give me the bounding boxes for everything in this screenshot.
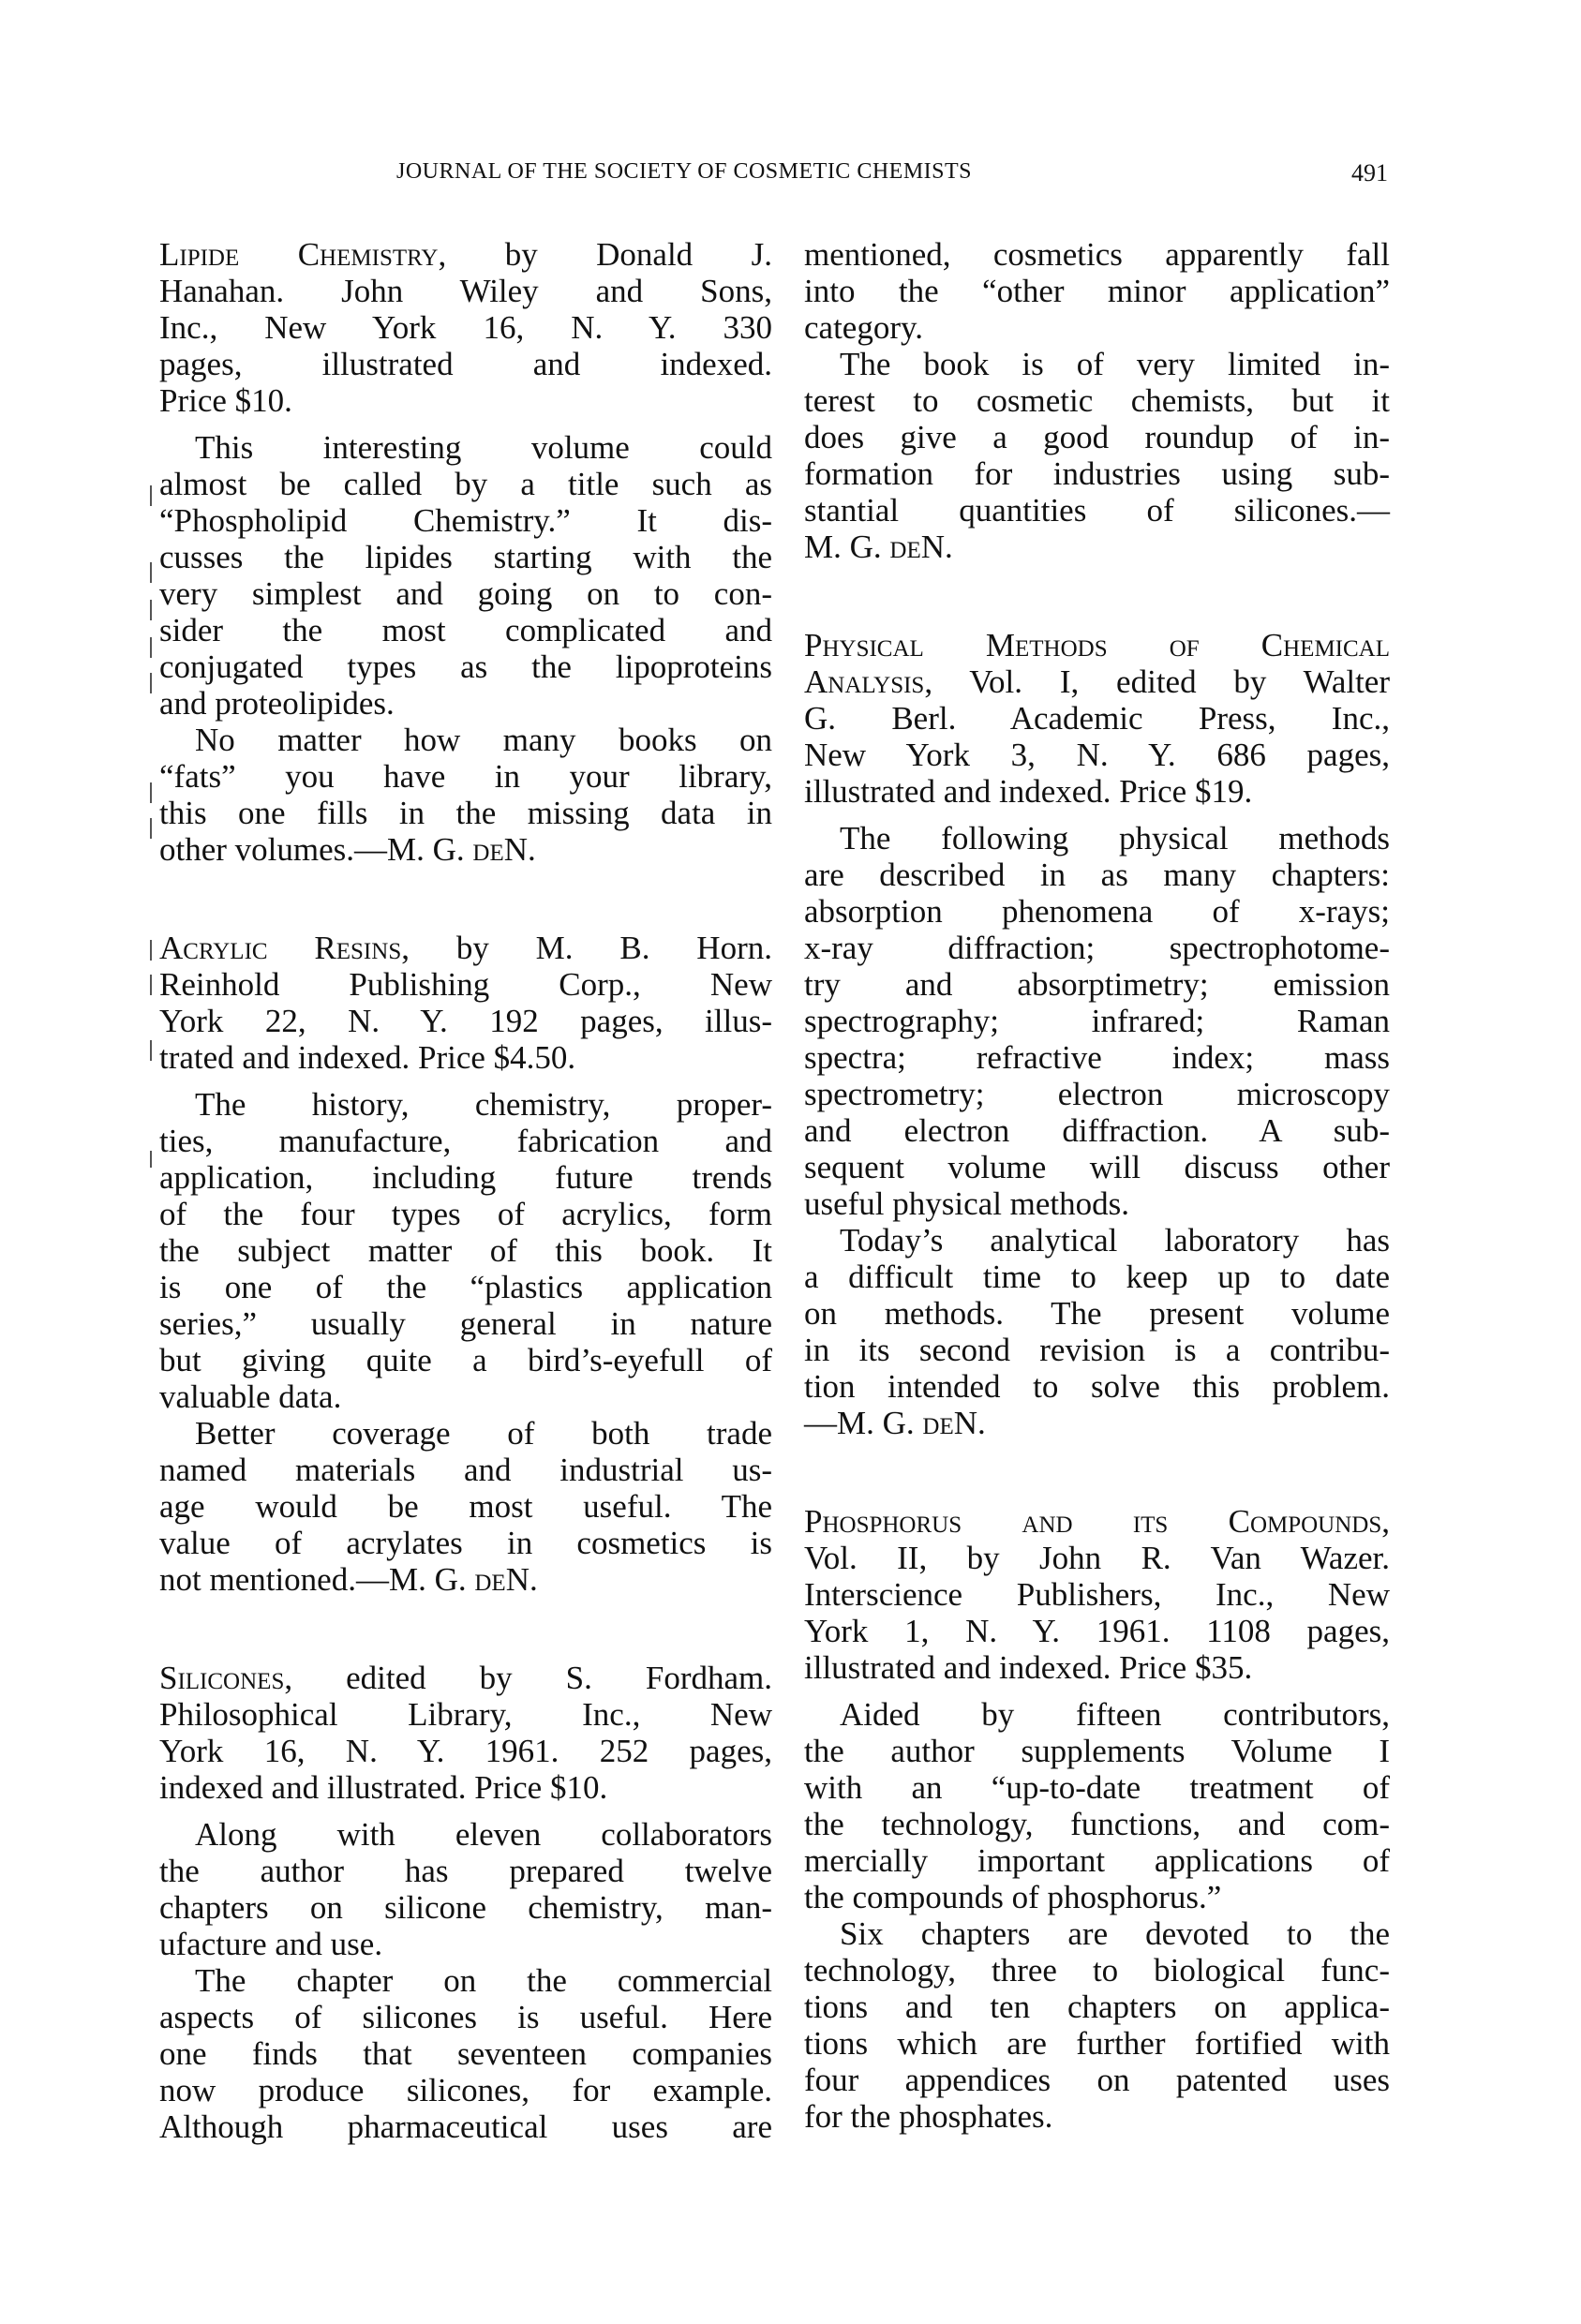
citation-line: Analysis, Vol. I, edited by Walter — [804, 663, 1390, 700]
book-title: Phosphorus and its Compounds, — [804, 1503, 1390, 1540]
reviewer-signature: other volumes.—M. G. deN. — [159, 831, 772, 868]
body-line: a difficult time to keep up to date — [804, 1259, 1390, 1295]
body-line: The history, chemistry, proper- — [159, 1086, 772, 1123]
body-line: but giving quite a bird’s-eyefull of — [159, 1342, 772, 1378]
body-line: Today’s analytical laboratory has — [804, 1222, 1390, 1259]
citation-line: New York 3, N. Y. 686 pages, — [804, 737, 1390, 773]
citation-line: York 16, N. Y. 1961. 252 pages, — [159, 1733, 772, 1769]
body-line: application, including future trends — [159, 1159, 772, 1196]
citation-line: indexed and illustrated. Price $10. — [159, 1769, 772, 1806]
body-line: very simplest and going on to con- — [159, 575, 772, 612]
body-line: does give a good roundup of in- — [804, 419, 1390, 455]
margin-mark — [150, 673, 152, 693]
body-line: the technology, functions, and com- — [804, 1806, 1390, 1842]
body-line: the author has prepared twelve — [159, 1853, 772, 1889]
citation-line: Inc., New York 16, N. Y. 330 — [159, 309, 772, 346]
body-line: and electron diffraction. A sub- — [804, 1112, 1390, 1149]
body-line: spectrography; infrared; Raman — [804, 1003, 1390, 1039]
running-header: JOURNAL OF THE SOCIETY OF COSMETIC CHEMI… — [0, 159, 1581, 197]
body-line: named materials and industrial us- — [159, 1452, 772, 1488]
body-line: tions which are further fortified with — [804, 2025, 1390, 2062]
book-title: Silicones, — [159, 1660, 292, 1696]
body-line: The following physical methods — [804, 820, 1390, 857]
margin-mark — [150, 782, 152, 803]
right-column: mentioned, cosmetics apparently fall int… — [804, 236, 1390, 2135]
review-lipide-chemistry: Lipide Chemistry, by Donald J. Hanahan. … — [159, 236, 772, 868]
margin-mark — [150, 1040, 152, 1061]
body-line: in its second revision is a contribu- — [804, 1332, 1390, 1368]
body-line: try and absorptimetry; emission — [804, 966, 1390, 1003]
body-line: is one of the “plastics application — [159, 1269, 772, 1305]
body-line: tions and ten chapters on applica- — [804, 1989, 1390, 2025]
margin-mark — [150, 975, 152, 995]
body-line: almost be called by a title such as — [159, 466, 772, 502]
citation-line: illustrated and indexed. Price $19. — [804, 773, 1390, 810]
body-line: This interesting volume could — [159, 429, 772, 466]
citation-line: Interscience Publishers, Inc., New — [804, 1576, 1390, 1613]
body-line: “fats” you have in your library, — [159, 758, 772, 795]
body-line: with an “up-to-date treatment of — [804, 1769, 1390, 1806]
citation-line: York 1, N. Y. 1961. 1108 pages, — [804, 1613, 1390, 1649]
citation-line: pages, illustrated and indexed. — [159, 346, 772, 382]
body-line: the author supplements Volume I — [804, 1733, 1390, 1769]
body-line: category. — [804, 309, 1390, 346]
review-physical-methods: Physical Methods of Chemical Analysis, V… — [804, 627, 1390, 1441]
body-line: spectra; refractive index; mass — [804, 1039, 1390, 1076]
review-silicones-continued: mentioned, cosmetics apparently fall int… — [804, 236, 1390, 565]
body-line: Along with eleven collaborators — [159, 1816, 772, 1853]
book-title: Acrylic Resins, — [159, 930, 410, 966]
body-line: The book is of very limited in- — [804, 346, 1390, 382]
reviewer-signature: not mentioned.—M. G. deN. — [159, 1561, 772, 1598]
body-line: age would be most useful. The — [159, 1488, 772, 1525]
body-line: series,” usually general in nature — [159, 1305, 772, 1342]
body-line: absorption phenomena of x-rays; — [804, 893, 1390, 930]
margin-mark — [150, 562, 152, 583]
body-line: aspects of silicones is useful. Here — [159, 1999, 772, 2035]
citation-line: Silicones, edited by S. Fordham. — [159, 1660, 772, 1696]
citation-line: Hanahan. John Wiley and Sons, — [159, 273, 772, 309]
body-line: into the “other minor application” — [804, 273, 1390, 309]
body-line: sider the most complicated and — [159, 612, 772, 648]
body-line: No matter how many books on — [159, 722, 772, 758]
body-line: on methods. The present volume — [804, 1295, 1390, 1332]
body-line: one finds that seventeen companies — [159, 2035, 772, 2072]
reviewer-signature: —M. G. deN. — [804, 1405, 1390, 1441]
body-line: this one fills in the missing data in — [159, 795, 772, 831]
body-line: ties, manufacture, fabrication and — [159, 1123, 772, 1159]
body-line: Aided by fifteen contributors, — [804, 1696, 1390, 1733]
body-line: value of acrylates in cosmetics is — [159, 1525, 772, 1561]
body-line: of the four types of acrylics, form — [159, 1196, 772, 1232]
body-line: the compounds of phosphorus.” — [804, 1879, 1390, 1915]
body-line: x-ray diffraction; spectrophotome- — [804, 930, 1390, 966]
citation-line: Lipide Chemistry, by Donald J. — [159, 236, 772, 273]
body-line: sequent volume will discuss other — [804, 1149, 1390, 1185]
book-title: Lipide Chemistry, — [159, 236, 446, 273]
citation-line: Price $10. — [159, 382, 772, 419]
journal-title: JOURNAL OF THE SOCIETY OF COSMETIC CHEMI… — [396, 159, 972, 185]
body-line: mercially important applications of — [804, 1842, 1390, 1879]
body-line: useful physical methods. — [804, 1185, 1390, 1222]
margin-mark — [150, 600, 152, 620]
body-line: “Phospholipid Chemistry.” It dis- — [159, 502, 772, 539]
body-line: Although pharmaceutical uses are — [159, 2108, 772, 2145]
reviewer-signature: M. G. deN. — [804, 529, 1390, 565]
body-line: The chapter on the commercial — [159, 1962, 772, 1999]
citation-line: G. Berl. Academic Press, Inc., — [804, 700, 1390, 737]
citation-line: Philosophical Library, Inc., New — [159, 1696, 772, 1733]
body-line: are described in as many chapters: — [804, 857, 1390, 893]
body-line: for the phosphates. — [804, 2098, 1390, 2135]
body-line: stantial quantities of silicones.— — [804, 492, 1390, 529]
body-line: now produce silicones, for example. — [159, 2072, 772, 2108]
body-line: Six chapters are devoted to the — [804, 1915, 1390, 1952]
citation-line: Acrylic Resins, by M. B. Horn. — [159, 930, 772, 966]
body-line: conjugated types as the lipoproteins — [159, 648, 772, 685]
body-line: mentioned, cosmetics apparently fall — [804, 236, 1390, 273]
body-line: cusses the lipides starting with the — [159, 539, 772, 575]
body-line: spectrometry; electron microscopy — [804, 1076, 1390, 1112]
citation-line: illustrated and indexed. Price $35. — [804, 1649, 1390, 1686]
book-title: Physical Methods of Chemical — [804, 627, 1390, 663]
left-column: Lipide Chemistry, by Donald J. Hanahan. … — [159, 236, 772, 2145]
body-line: tion intended to solve this problem. — [804, 1368, 1390, 1405]
body-line: formation for industries using sub- — [804, 455, 1390, 492]
margin-mark — [150, 1151, 152, 1168]
body-line: technology, three to biological func- — [804, 1952, 1390, 1989]
book-title: Analysis, — [804, 663, 932, 700]
review-phosphorus-compounds: Phosphorus and its Compounds, Vol. II, b… — [804, 1503, 1390, 2135]
margin-mark — [150, 818, 152, 839]
body-line: terest to cosmetic chemists, but it — [804, 382, 1390, 419]
page-number: 491 — [1351, 159, 1388, 187]
margin-mark — [150, 637, 152, 658]
review-silicones: Silicones, edited by S. Fordham. Philoso… — [159, 1660, 772, 2145]
body-line: the subject matter of this book. It — [159, 1232, 772, 1269]
body-line: valuable data. — [159, 1378, 772, 1415]
body-line: ufacture and use. — [159, 1926, 772, 1962]
body-line: Better coverage of both trade — [159, 1415, 772, 1452]
body-line: four appendices on patented uses — [804, 2062, 1390, 2098]
margin-mark — [150, 485, 152, 506]
body-line: and proteolipides. — [159, 685, 772, 722]
body-line: chapters on silicone chemistry, man- — [159, 1889, 772, 1926]
review-acrylic-resins: Acrylic Resins, by M. B. Horn. Reinhold … — [159, 930, 772, 1598]
citation-line: trated and indexed. Price $4.50. — [159, 1039, 772, 1076]
citation-line: Reinhold Publishing Corp., New — [159, 966, 772, 1003]
citation-line: York 22, N. Y. 192 pages, illus- — [159, 1003, 772, 1039]
citation-line: Vol. II, by John R. Van Wazer. — [804, 1540, 1390, 1576]
margin-mark — [150, 940, 152, 961]
